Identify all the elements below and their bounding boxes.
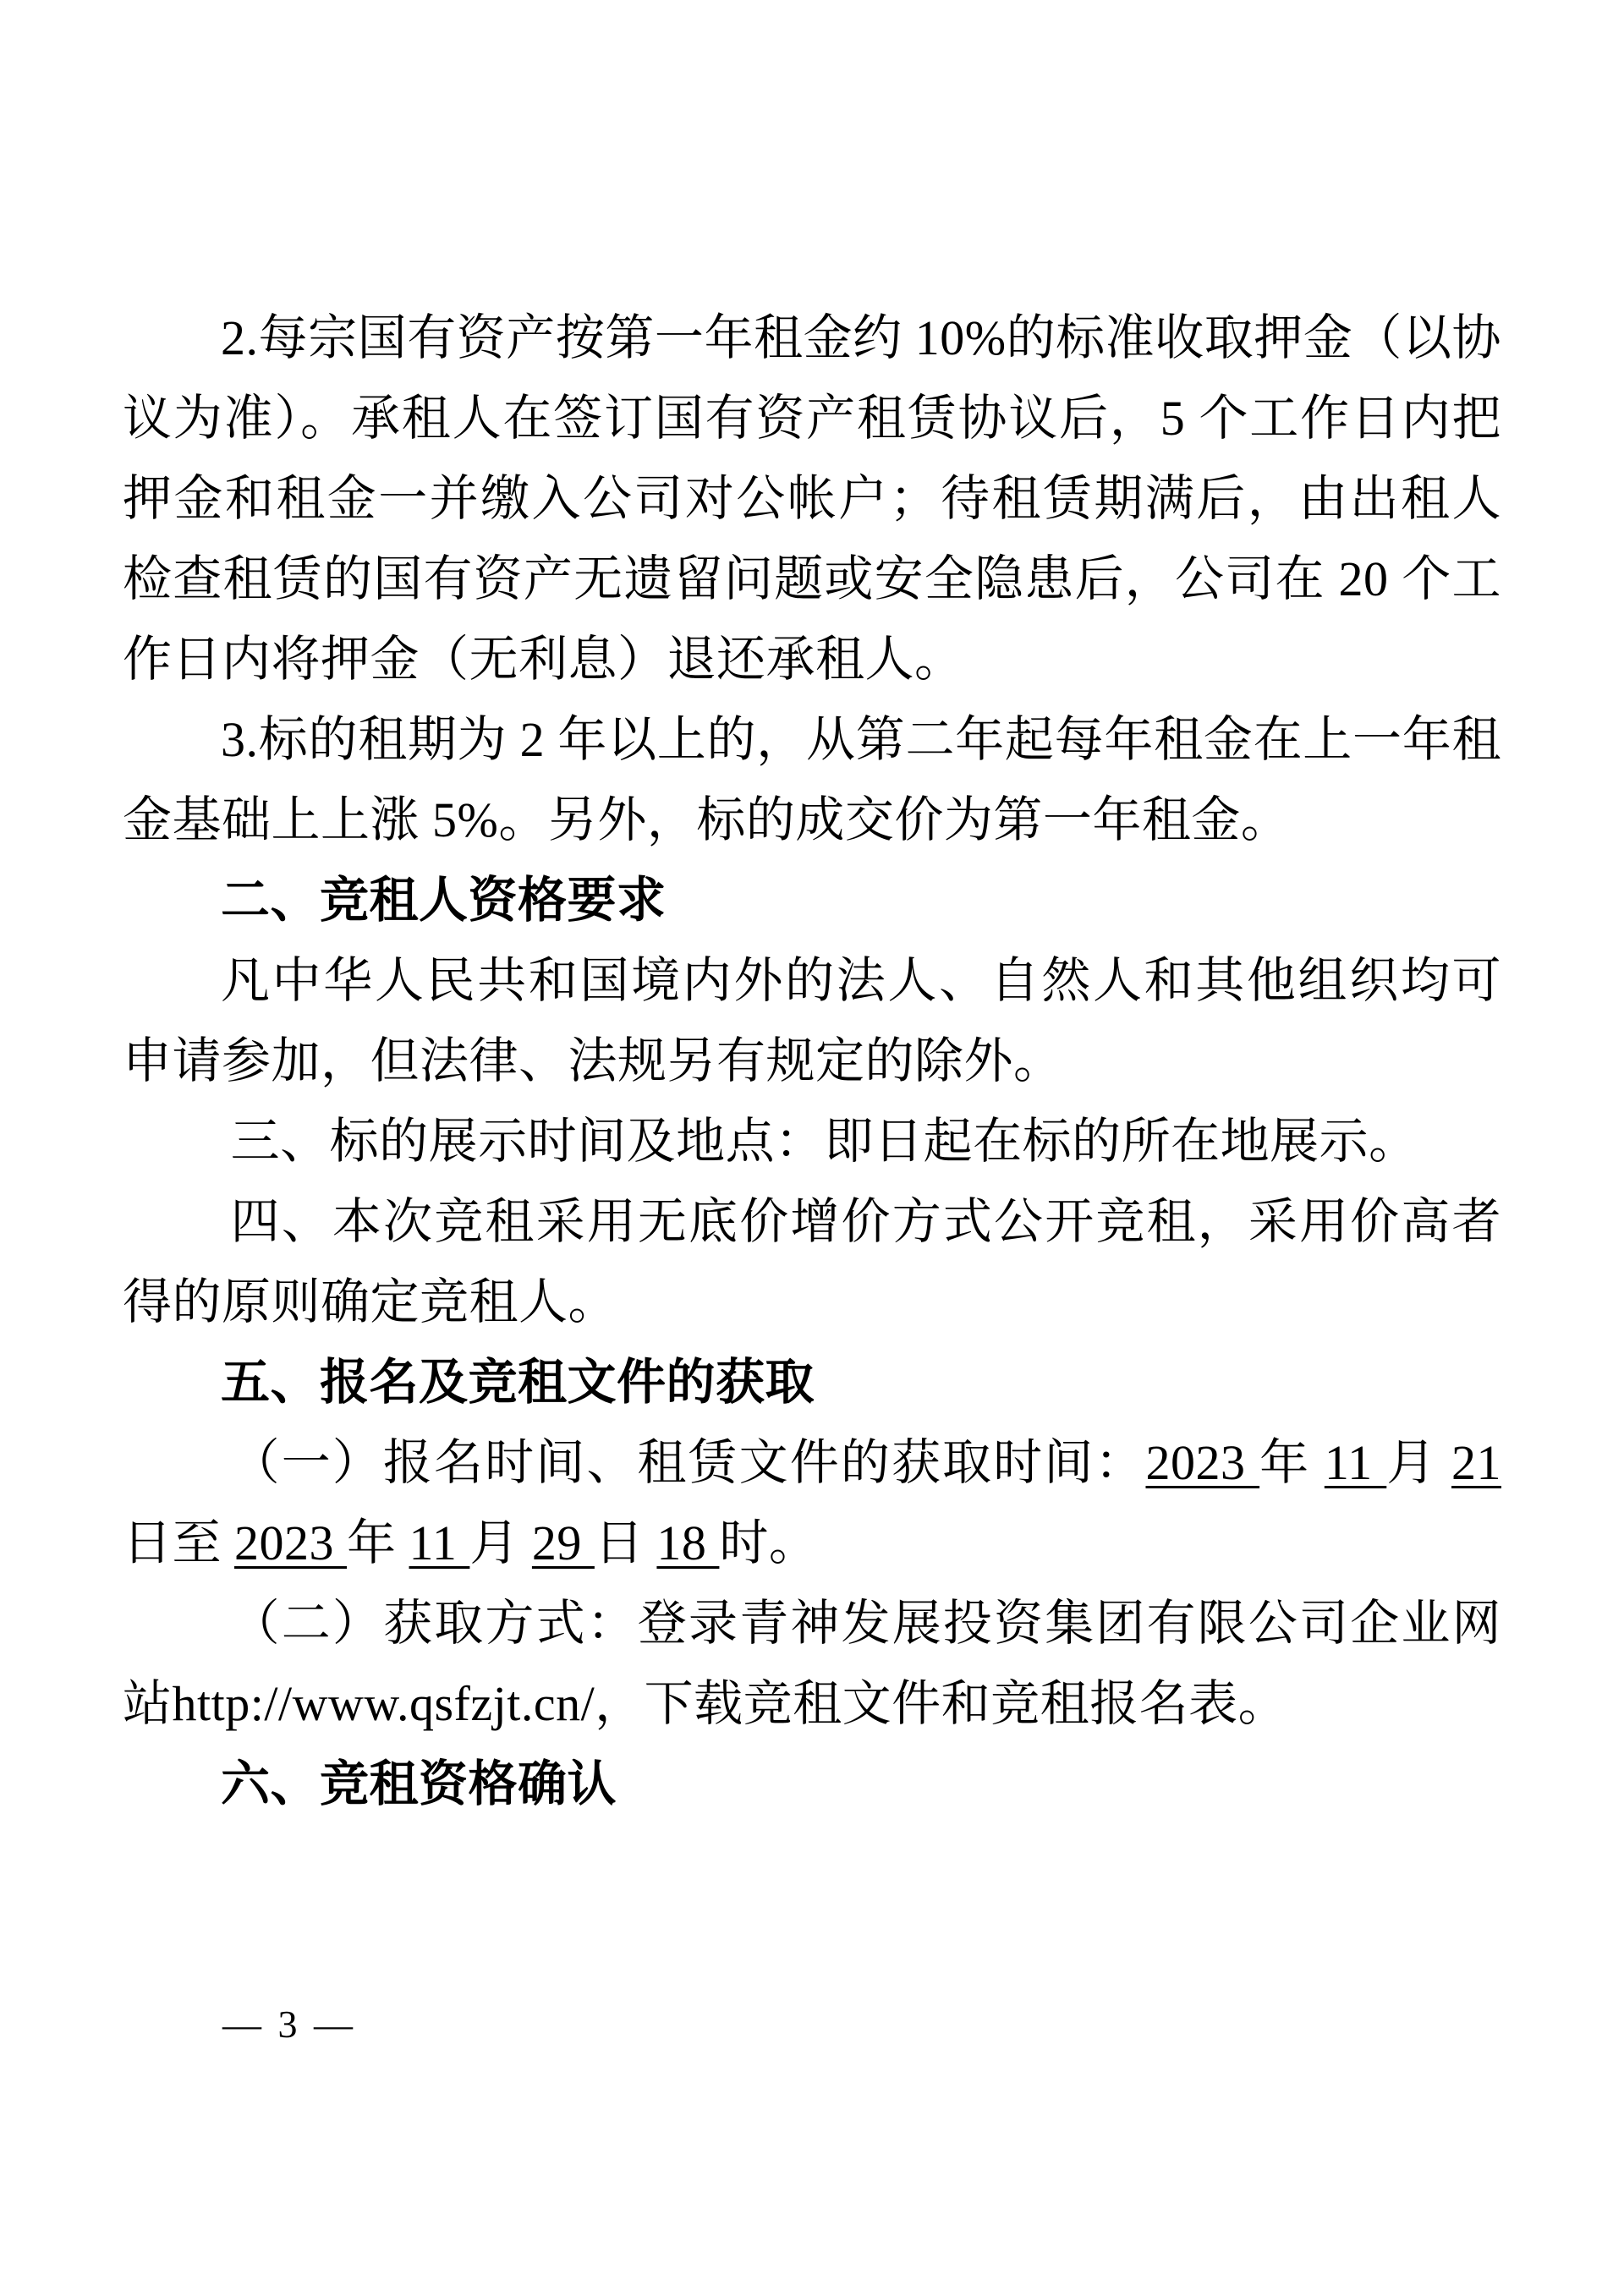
text-segment: 月 — [1386, 1435, 1451, 1490]
underlined-month-start: 11 — [1325, 1435, 1386, 1490]
paragraph-registration-time: （一）报名时间、租赁文件的获取时间：2023 年 11 月 21 日至 2023… — [123, 1422, 1501, 1583]
paragraph-section-4-bidding-method: 四、本次竞租采用无底价增价方式公开竞租，采用价高者得的原则确定竞租人。 — [123, 1181, 1501, 1342]
underlined-month-end: 11 — [409, 1515, 470, 1570]
text-segment: 年 — [347, 1515, 409, 1570]
underlined-year-end: 2023 — [234, 1515, 347, 1570]
paragraph-obtain-method-website: （二）获取方式：登录青神发展投资集团有限公司企业网站http://www.qsf… — [123, 1583, 1501, 1744]
text-segment: 日 — [595, 1515, 657, 1570]
text-segment: 月 — [469, 1515, 532, 1570]
underlined-hour-end: 18 — [656, 1515, 719, 1570]
text-segment: 日至 — [123, 1515, 234, 1570]
text-segment: 年 — [1259, 1435, 1325, 1490]
paragraph-deposit-terms: 2.每宗国有资产按第一年租金约 10%的标准收取押金（以协议为准）。承租人在签订… — [123, 298, 1501, 699]
paragraph-section-3-display-time-place: 三、标的展示时间及地点：即日起在标的所在地展示。 — [123, 1101, 1501, 1181]
underlined-day-start: 21 — [1451, 1435, 1501, 1490]
page-footer: — 3 — — [222, 2003, 356, 2047]
paragraph-rent-increase-terms: 3.标的租期为 2 年以上的，从第二年起每年租金在上一年租金基础上上涨 5%。另… — [123, 699, 1501, 860]
underlined-year-start: 2023 — [1145, 1435, 1259, 1490]
text-segment: 时。 — [719, 1515, 818, 1570]
document-body: 2.每宗国有资产按第一年租金约 10%的标准收取押金（以协议为准）。承租人在签订… — [123, 298, 1501, 1824]
heading-section-5-registration-documents: 五、报名及竞租文件的获取 — [123, 1342, 1501, 1422]
text-segment: （一）报名时间、租赁文件的获取时间： — [231, 1435, 1146, 1490]
underlined-day-end: 29 — [532, 1515, 595, 1570]
document-page: { "document": { "paragraphs": [ { "text"… — [0, 0, 1624, 2296]
heading-section-6-qualification-confirmation: 六、竞租资格确认 — [123, 1744, 1501, 1824]
heading-section-2-bidder-qualification: 二、竞租人资格要求 — [123, 860, 1501, 940]
paragraph-eligibility: 凡中华人民共和国境内外的法人、自然人和其他组织均可申请参加，但法律、法规另有规定… — [123, 940, 1501, 1101]
page-number: — 3 — — [222, 2003, 356, 2046]
